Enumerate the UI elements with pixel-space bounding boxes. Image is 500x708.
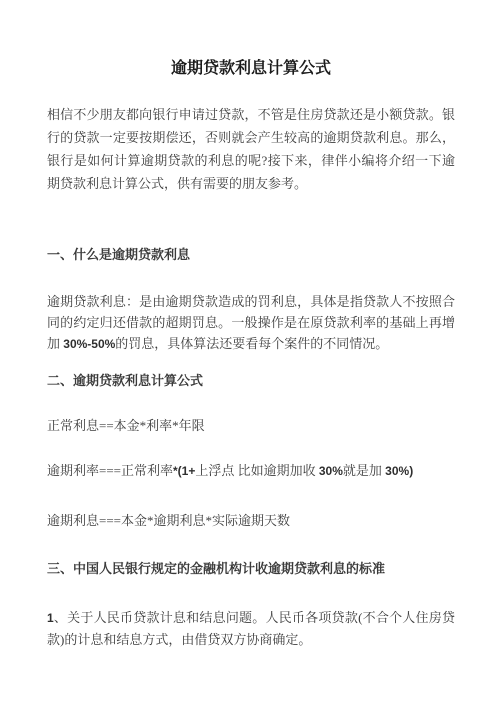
text-segment: 上浮点 比如逾期加收 (195, 463, 319, 478)
section-1-paragraph: 逾期贷款利息：是由逾期贷款造成的罚利息，具体是指贷款人不按照合同的约定归还借款的… (47, 291, 455, 355)
section-2-heading: 二、逾期贷款利息计算公式 (47, 373, 455, 389)
text-segment: 就是加 (343, 463, 385, 478)
text-segment: 30%-50% (63, 337, 115, 351)
formula-normal-interest: 正常利息==本金*利率*年限 (47, 418, 455, 434)
text-segment: 1 (47, 611, 54, 625)
text-segment: 30% (319, 464, 343, 478)
text-segment: 逾期利息===本金*逾期利息*实际逾期天数 (47, 513, 290, 528)
text-segment: 、关于人民币贷款计息和结息问题。人民币各项贷款(不合个人住房贷款)的计息和结息方… (47, 610, 455, 647)
text-segment: *(1+ (173, 464, 195, 478)
section-3-paragraph: 1、关于人民币贷款计息和结息问题。人民币各项贷款(不合个人住房贷款)的计息和结息… (47, 607, 455, 651)
formula-overdue-rate: 逾期利率===正常利率*(1+上浮点 比如逾期加收 30%就是加 30%) (47, 463, 455, 479)
intro-paragraph: 相信不少朋友都向银行申请过贷款，不管是住房贷款还是小额贷款。银行的贷款一定要按期… (47, 103, 455, 195)
document-title: 逾期贷款利息计算公式 (47, 58, 455, 80)
text-segment: 的罚息，具体算法还要看每个案件的不同情况。 (115, 336, 388, 351)
section-3-heading: 三、中国人民银行规定的金融机构计收逾期贷款利息的标准 (47, 561, 455, 577)
document-page: 逾期贷款利息计算公式 相信不少朋友都向银行申请过贷款，不管是住房贷款还是小额贷款… (0, 0, 500, 708)
text-segment: 正常利息==本金*利率*年限 (47, 418, 205, 433)
text-segment: 逾期利率===正常利率 (47, 463, 173, 478)
section-1-heading: 一、什么是逾期贷款利息 (47, 247, 455, 263)
text-segment: 30%) (385, 464, 413, 478)
formula-overdue-interest: 逾期利息===本金*逾期利息*实际逾期天数 (47, 513, 455, 529)
